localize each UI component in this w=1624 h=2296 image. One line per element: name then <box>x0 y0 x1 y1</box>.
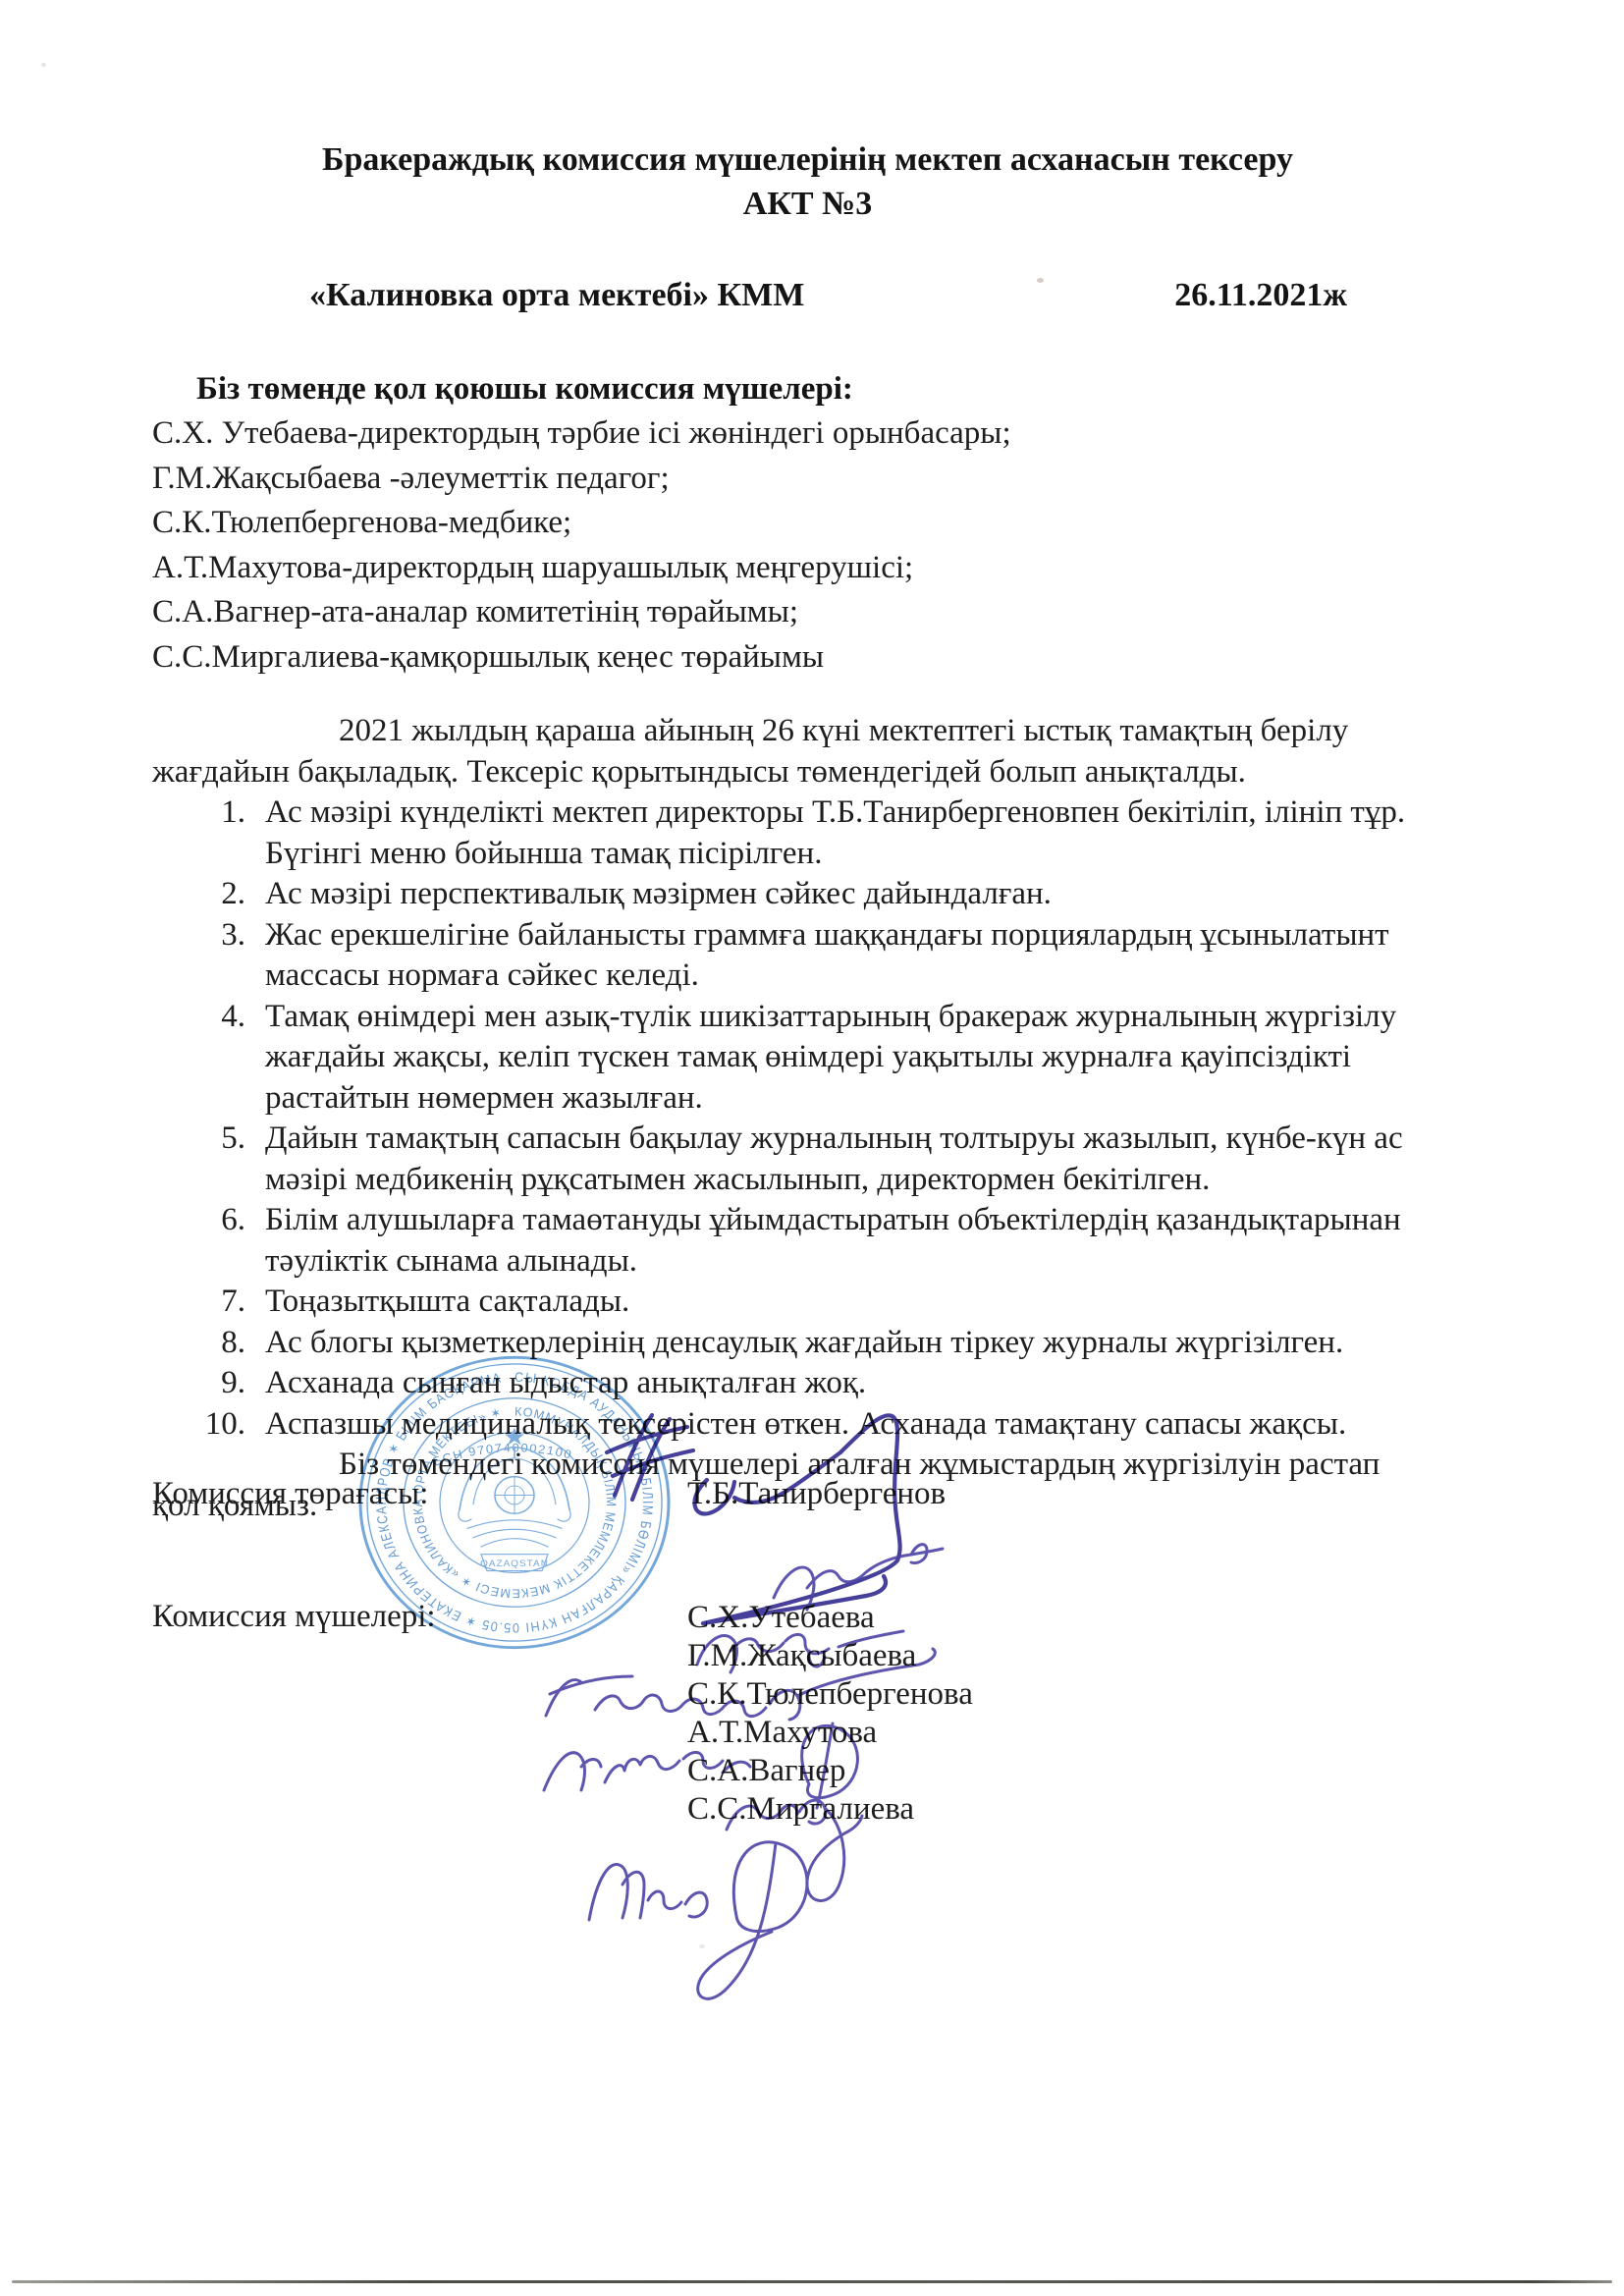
scan-speck <box>1037 278 1044 283</box>
document-title: Бракераждық комиссия мүшелерінің мектеп … <box>152 137 1463 182</box>
org-date-row: «Калиновка орта мектебі» КММ 26.11.2021ж <box>152 275 1463 316</box>
signatory-name: А.Т.Махутова <box>687 1714 973 1752</box>
signatory-name: Г.М.Жақсыбаева <box>687 1637 973 1675</box>
commission-members-label: Комиссия мүшелері: <box>152 1599 436 1635</box>
intro-paragraph: 2021 жылдың қараша айының 26 күні мектеп… <box>152 711 1463 793</box>
document-date: 26.11.2021ж <box>1174 275 1347 316</box>
member-line: С.С.Миргалиева-қамқоршылық кеңес төрайым… <box>152 635 1463 681</box>
scan-speck <box>699 1944 705 1948</box>
act-number: АКТ №3 <box>152 182 1463 226</box>
signature-section: Комиссия төрағасы: Т.Б.Танирбергенов Ком… <box>152 1471 1488 1933</box>
finding-item: Жас ерекшелігіне байланысты граммға шаққ… <box>152 915 1463 997</box>
signatory-name: С.Х.Утебаева <box>687 1599 973 1637</box>
finding-item: Тоңазытқышта сақталады. <box>152 1282 1463 1323</box>
finding-item: Дайын тамақтың сапасын бақылау журналыны… <box>152 1119 1463 1200</box>
findings-list: Ас мәзірі күнделікті мектеп директоры Т.… <box>152 793 1463 1445</box>
scan-edge-line <box>12 2280 1612 2283</box>
member-line: А.Т.Махутова-директордың шаруашылық меңг… <box>152 546 1463 591</box>
signatory-name: С.С.Миргалиева <box>687 1790 973 1829</box>
finding-item: Асханада сынған ыдыстар анықталған жоқ. <box>152 1363 1463 1404</box>
members-heading: Біз төменде қол қоюшы комиссия мүшелері: <box>152 367 1463 412</box>
finding-item: Ас мәзірі перспективалық мәзірмен сәйкес… <box>152 874 1463 915</box>
member-line: С.Х. Утебаева-директордың тәрбие ісі жөн… <box>152 411 1463 457</box>
finding-item: Ас блогы қызметкерлерінің денсаулық жағд… <box>152 1323 1463 1364</box>
finding-item: Тамақ өнімдері мен азық-түлік шикізаттар… <box>152 997 1463 1120</box>
school-name: «Калиновка орта мектебі» КММ <box>309 275 804 316</box>
finding-item: Ас мәзірі күнделікті мектеп директоры Т.… <box>152 793 1463 874</box>
chairman-label: Комиссия төрағасы: <box>152 1476 428 1512</box>
member-line: С.К.Тюлепбергенова-медбике; <box>152 501 1463 546</box>
scan-speck <box>41 63 46 67</box>
finding-item: Білім алушыларға тамаөтануды ұйымдастыра… <box>152 1200 1463 1282</box>
document-body: Бракераждық комиссия мүшелерінің мектеп … <box>152 137 1463 1526</box>
member-line: С.А.Вагнер-ата-аналар комитетінің төрайы… <box>152 590 1463 635</box>
signatory-name: С.К.Тюлепбергенова <box>687 1675 973 1714</box>
signatory-name: С.А.Вагнер <box>687 1752 973 1790</box>
member-line: Г.М.Жақсыбаева -әлеуметтік педагог; <box>152 457 1463 502</box>
scanned-document-page: Бракераждық комиссия мүшелерінің мектеп … <box>0 0 1624 2296</box>
signatory-names: С.Х.Утебаева Г.М.Жақсыбаева С.К.Тюлепбер… <box>687 1599 973 1829</box>
finding-item: Аспазшы медициналық тексерістен өткен. А… <box>152 1404 1463 1446</box>
chairman-name: Т.Б.Танирбергенов <box>687 1476 946 1512</box>
